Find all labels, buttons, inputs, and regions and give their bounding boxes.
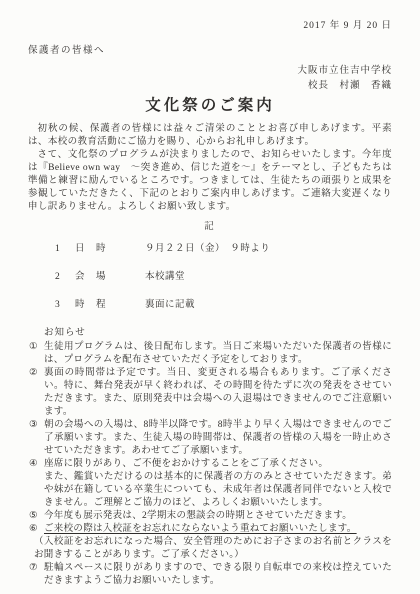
notice-item-7: ⑦ 駐輪スペースに限りがありますので、できる限り自転車での来校は控えていただきま… (29, 562, 392, 588)
detail-label-datetime: 日 時 (75, 243, 145, 256)
notice-marker-1: ① (29, 341, 38, 354)
document-title: 文化祭のご案内 (28, 96, 392, 116)
notice-text-4: 座席に限りがあり、ご不便をおかけすることをご了承ください。 また、鑑賞いただける… (44, 459, 392, 508)
detail-number: 1 (55, 243, 75, 256)
notice-note-6: （入校証をお忘れになった場合、安全管理のためにお子さまのお名前とクラスをお聞きす… (34, 536, 392, 562)
ki-heading: 記 (28, 221, 392, 234)
notice-item-2: ② 裏面の時間帯は予定です。当日、変更される場合もあります。ご了承ください。特に… (29, 367, 392, 419)
notice-text-6: ご来校の際は入校証をお忘れにならないよう重ねてお願いいたします。 (44, 524, 357, 534)
notice-text-3: 朝の会場への入場は、8時半以降です。8時半より早く入場はできませんのでご了承願い… (44, 420, 392, 456)
principal-name: 校長 村瀬 香織 (28, 80, 392, 93)
detail-value-schedule: 裏面に記載 (145, 299, 392, 312)
document-page: 2017 年 9 月 20 日 保護者の皆様へ 大阪市立住吉中学校 校長 村瀬 … (0, 0, 420, 594)
detail-value-datetime: ９月２２日（金） ９時より (145, 243, 392, 256)
notice-item-5: ⑤ 今年度も展示発表は、2学期末の懇談会の時期とさせていただきます。 (29, 510, 392, 523)
detail-number: 3 (55, 299, 75, 312)
notice-text-2: 裏面の時間帯は予定です。当日、変更される場合もあります。ご了承ください。特に、舞… (44, 368, 392, 417)
notice-marker-5: ⑤ (29, 510, 38, 523)
detail-row-venue: 2 会 場 本校講堂 (28, 271, 392, 284)
document-date: 2017 年 9 月 20 日 (28, 20, 392, 33)
body-paragraph-greeting: 初秋の候、保護者の皆様には益々ご清栄のこととお喜び申しあげます。平素は、本校の教… (28, 123, 392, 149)
notice-marker-3: ③ (29, 419, 38, 432)
notice-text-1: 生徒用プログラムは、後日配布します。当日ご来場いただいた保護者の皆様には、プログ… (44, 342, 392, 365)
recipient-line: 保護者の皆様へ (28, 45, 392, 58)
notice-item-6: ⑥ ご来校の際は入校証をお忘れにならないよう重ねてお願いいたします。 （入校証を… (29, 523, 392, 562)
notice-marker-2: ② (29, 367, 38, 380)
detail-label-schedule: 時 程 (75, 299, 145, 312)
notice-text-5: 今年度も展示発表は、2学期末の懇談会の時期とさせていただきます。 (44, 511, 352, 521)
notice-text-7: 駐輪スペースに限りがありますので、できる限り自転車での来校は控えていただきますよ… (44, 563, 392, 586)
notice-marker-7: ⑦ (29, 562, 38, 575)
notice-item-1: ① 生徒用プログラムは、後日配布します。当日ご来場いただいた保護者の皆様には、プ… (29, 341, 392, 367)
notices-heading: お知らせ (44, 327, 392, 340)
notice-item-4: ④ 座席に限りがあり、ご不便をおかけすることをご了承ください。 また、鑑賞いただ… (29, 458, 392, 510)
notice-item-3: ③ 朝の会場への入場は、8時半以降です。8時半より早く入場はできませんのでご了承… (29, 419, 392, 458)
detail-number: 2 (55, 271, 75, 284)
detail-value-venue: 本校講堂 (145, 271, 392, 284)
detail-row-schedule: 3 時 程 裏面に記載 (28, 299, 392, 312)
detail-label-venue: 会 場 (75, 271, 145, 284)
body-paragraph-announcement: さて、文化祭のプログラムが決まりましたので、お知らせいたします。今年度は『Bel… (28, 149, 392, 214)
school-name: 大阪市立住吉中学校 (28, 65, 392, 78)
notice-marker-6: ⑥ (29, 523, 38, 536)
detail-row-datetime: 1 日 時 ９月２２日（金） ９時より (28, 243, 392, 256)
notice-marker-4: ④ (29, 458, 38, 471)
